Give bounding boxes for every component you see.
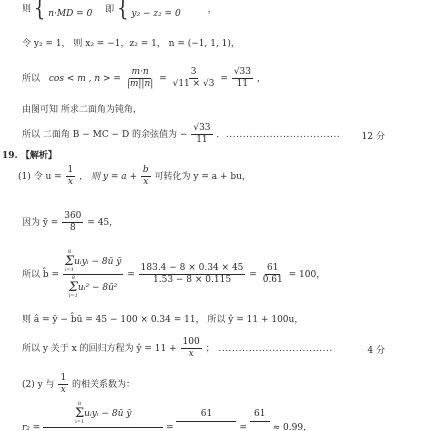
fraction-b-over-x: bx <box>141 166 151 187</box>
fraction-bhat-values: 183.4 − 8 × 0.34 × 451.53 − 8 × 0.115 <box>139 264 246 285</box>
part1-mid: ， 则 y = a + <box>79 172 137 182</box>
left-brace: { <box>34 0 45 21</box>
cosine-value-line: 所以 二面角 B − MC − D 的余弦值为 − √3311 ．.......… <box>22 124 407 145</box>
punctuation: ， <box>257 74 266 84</box>
leader-dots: ； .................................. <box>206 344 333 354</box>
fraction-1-over-x-2: 1x <box>58 374 68 395</box>
r2-lhs: r₂ = <box>22 423 40 431</box>
text-ze: 则 <box>22 5 31 15</box>
regression-line: 所以 y 关于 x 的回归方程为 ŷ = 11 + 100x ； .......… <box>22 338 333 359</box>
score-mark-4: 4 分 <box>367 347 385 356</box>
system-equation-line: 则 { n·MD = 0 即 { y₂ − z₂ = 0 ， <box>22 0 217 18</box>
fraction-bhat-formula: 8Σi=1uᵢyᵢ − 8ū ȳ 8Σi=1uᵢ² − 8ū² <box>63 250 123 299</box>
ybar-line: 因为 ȳ = 3608 = 45， <box>22 212 118 233</box>
score-mark-12: 12 分 <box>362 133 385 142</box>
fraction-neg-sqrt33: √3311 <box>191 124 212 145</box>
punctuation: ， <box>208 5 217 15</box>
text-ji: 即 <box>105 5 114 15</box>
obtuse-angle-line: 由图可知 所求二面角为钝角， <box>22 106 142 115</box>
fraction-100-over-x: 100x <box>181 338 202 359</box>
fraction-mn: m·n|m||n| <box>125 68 155 89</box>
part1-tail: 可转化为 y = a + bu， <box>155 172 251 182</box>
equation-n-md: n·MD = 0 <box>48 9 92 19</box>
regression-text: 所以 y 关于 x 的回归方程为 ŷ = 11 + <box>22 344 177 354</box>
let-line: 令 y₂ = 1， 则 x₂ = −1，z₂ = 1， n = (−1, 1, … <box>22 40 240 49</box>
cos-line: 所以 cos < m , n > = m·n|m||n| = 3√11 × √3… <box>22 68 266 89</box>
fraction-3-sqrt: 3√11 × √3 <box>171 68 217 89</box>
fraction-1-over-x: 1x <box>66 166 76 187</box>
text-suoyi: 所以 <box>22 74 40 84</box>
fraction-sqrt33-11: √3311 <box>232 68 253 89</box>
question-number: 19. <box>2 151 18 161</box>
equation-y2-z2: y₂ − z₂ = 0 <box>131 9 180 19</box>
fraction-360-8: 3608 <box>62 212 83 233</box>
analysis-label: 【解析】 <box>21 151 57 161</box>
cos-lhs: cos < m , n > = <box>49 74 121 84</box>
part1-prefix: (1) 令 u = <box>18 172 62 182</box>
question-19-heading: 19. 【解析】 <box>2 152 57 161</box>
r2-frac-61: 61 <box>176 410 236 422</box>
bhat-prefix: 所以 b̂ = <box>22 270 59 280</box>
leader-dots: ．.................................. <box>216 130 340 140</box>
ybar-tail: = 45， <box>87 218 118 228</box>
part2-line: (2) y 与 1x 的相关系数为： <box>22 374 135 395</box>
bhat-tail: = 100， <box>289 270 326 280</box>
r2-line: r₂ = 8Σi=1uᵢyᵢ − 8ū ȳ = 61 = 61 ≈ 0.99， <box>22 402 312 428</box>
part1-line: (1) 令 u = 1x ， 则 y = a + bx 可转化为 y = a +… <box>18 166 251 187</box>
left-brace-2: { <box>117 0 128 21</box>
ahat-line: 则 â = ȳ − b̂ū = 45 − 100 × 0.34 = 11， 所以… <box>22 316 303 325</box>
bhat-line: 所以 b̂ = 8Σi=1uᵢyᵢ − 8ū ȳ 8Σi=1uᵢ² − 8ū² … <box>22 250 325 299</box>
r2-numerator: 8Σi=1uᵢyᵢ − 8ū ȳ <box>43 402 163 428</box>
r2-frac-61-b: 61 <box>250 410 270 422</box>
part2-prefix: (2) y 与 <box>22 380 55 390</box>
ybar-prefix: 因为 ȳ = <box>22 218 58 228</box>
fraction-61-061: 610.61 <box>261 264 285 285</box>
r2-tail: ≈ 0.99， <box>273 423 312 431</box>
cosine-value-text: 所以 二面角 B − MC − D 的余弦值为 − <box>22 130 187 140</box>
part2-tail: 的相关系数为： <box>72 380 135 390</box>
